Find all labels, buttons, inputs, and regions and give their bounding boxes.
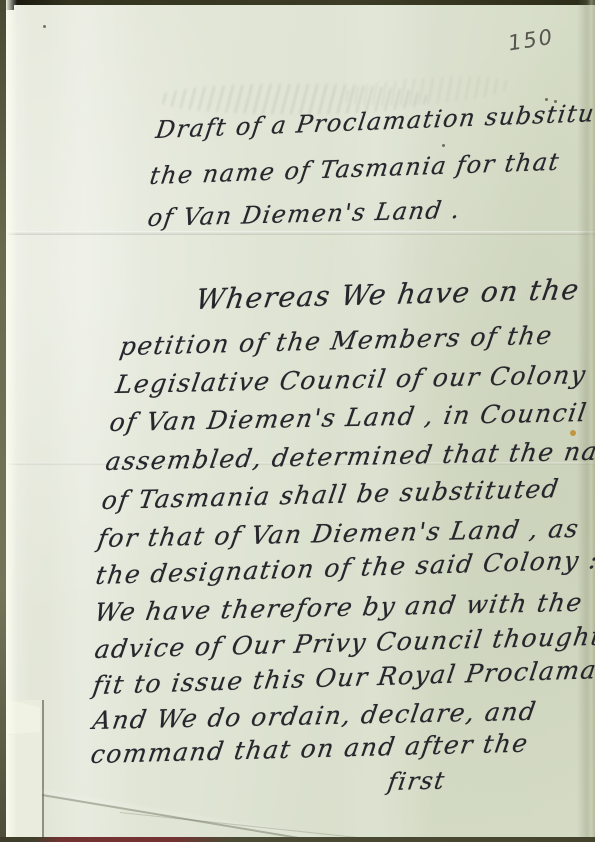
ink-speck [554, 100, 557, 103]
fold-crease-horizontal [0, 231, 595, 235]
manuscript-scan: 150 Draft of a Proclamation substituting… [0, 0, 595, 842]
stain-dot [570, 430, 576, 436]
binding-edge-red [32, 837, 232, 842]
ink-speck [442, 144, 445, 147]
catchword: first [386, 766, 448, 796]
ink-speck [43, 25, 46, 28]
ink-speck [545, 98, 548, 101]
page-edge-left-highlight [6, 0, 17, 842]
page-edge-top [0, 0, 595, 5]
